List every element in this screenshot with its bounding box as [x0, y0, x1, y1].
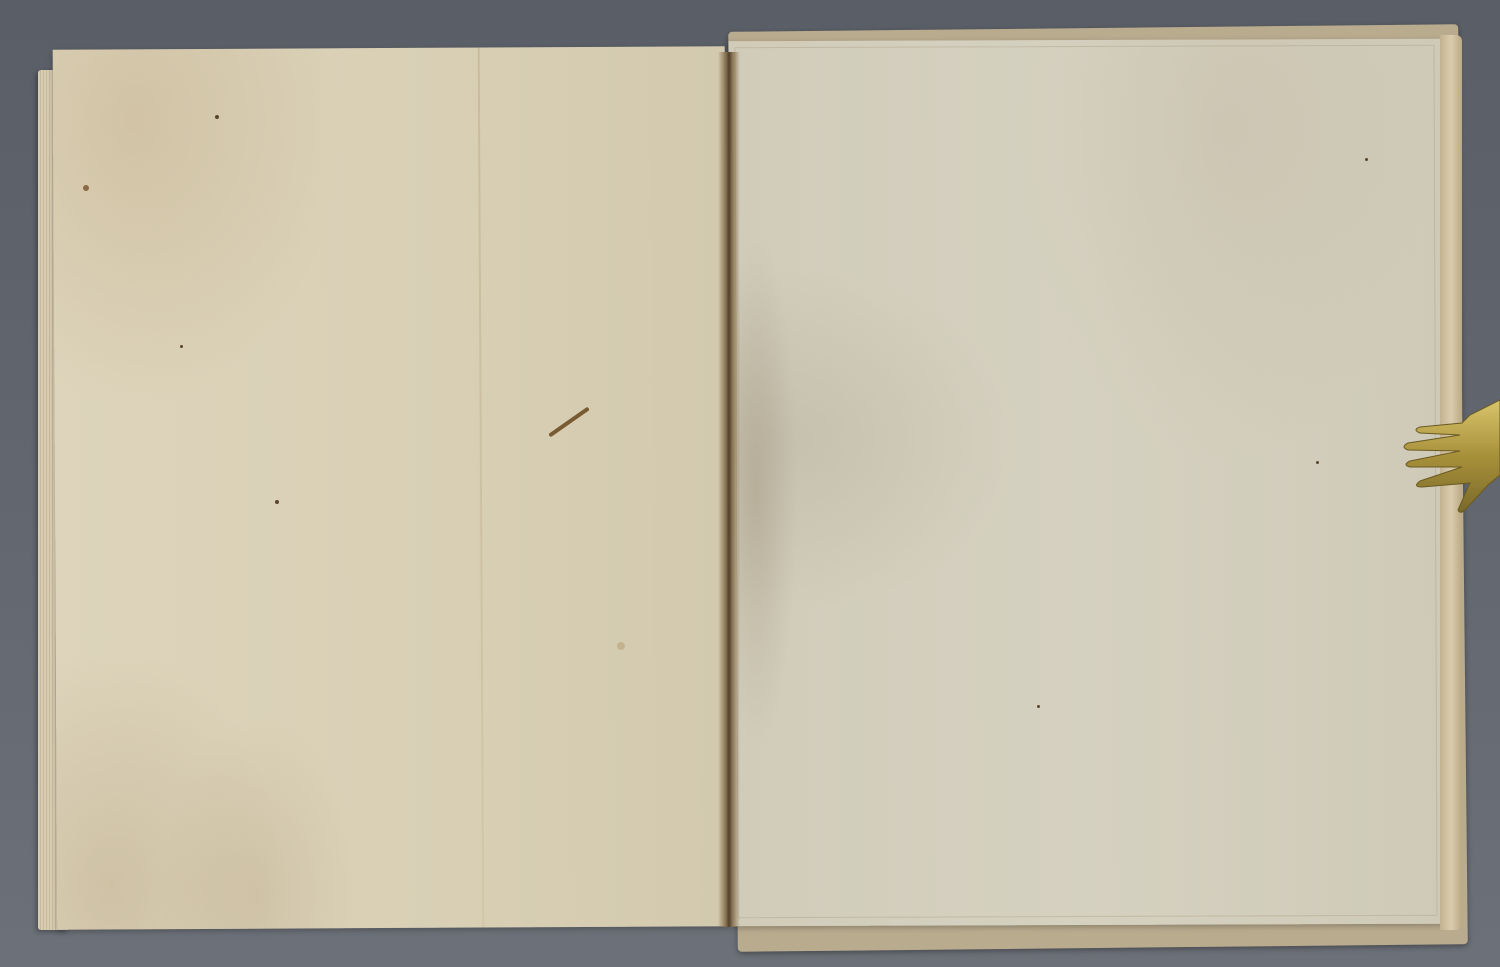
right-page-pastedown — [728, 39, 1443, 926]
left-page — [53, 46, 730, 930]
stain-spot — [617, 642, 625, 650]
foxing-spot — [1365, 158, 1368, 161]
foxing-spot — [180, 345, 183, 348]
foxing-spot — [83, 185, 89, 191]
pastedown-turn-in-border — [734, 45, 1437, 918]
foxing-spot — [1316, 461, 1319, 464]
foxing-spot — [215, 115, 219, 119]
page-fold-line — [478, 48, 485, 928]
foxing-spot — [275, 500, 279, 504]
brass-hand-clip-icon — [1400, 395, 1500, 515]
spine-gutter — [718, 52, 740, 927]
gutter-repair-stain — [738, 230, 798, 750]
book-photo — [0, 0, 1500, 967]
foxing-spot — [1037, 705, 1040, 708]
